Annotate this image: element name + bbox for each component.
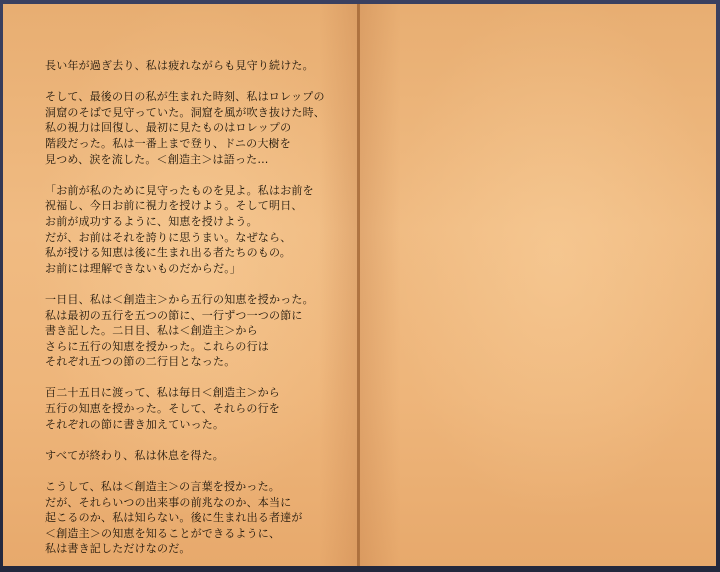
text-line: ＜創造主＞の知恵を知ることができるように、 <box>45 526 345 542</box>
open-book[interactable]: 長い年が過ぎ去り、私は疲れながらも見守り続けた。そして、最後の日の私が生まれた時… <box>3 4 716 566</box>
paragraph: 長い年が過ぎ去り、私は疲れながらも見守り続けた。 <box>45 58 345 74</box>
text-line: 一日目、私は＜創造主＞から五行の知恵を授かった。 <box>45 292 345 308</box>
text-line: 起こるのか、私は知らない。後に生まれ出る者達が <box>45 510 345 526</box>
paragraph: こうして、私は＜創造主＞の言葉を授かった。だが、それらいつの出来事の前兆なのか、… <box>45 479 345 557</box>
text-line: そして、最後の日の私が生まれた時刻、私はロレップの <box>45 89 345 105</box>
text-line: すべてが終わり、私は休息を得た。 <box>45 448 345 464</box>
paragraph: すべてが終わり、私は休息を得た。 <box>45 448 345 464</box>
text-line: 私は書き記しただけなのだ。 <box>45 541 345 557</box>
text-line: 百二十五日に渡って、私は毎日＜創造主＞から <box>45 385 345 401</box>
text-line: 長い年が過ぎ去り、私は疲れながらも見守り続けた。 <box>45 58 345 74</box>
left-page-text: 長い年が過ぎ去り、私は疲れながらも見守り続けた。そして、最後の日の私が生まれた時… <box>45 58 345 572</box>
text-line: 書き記した。二日目、私は＜創造主＞から <box>45 323 345 339</box>
text-line: 私が授ける知恵は後に生まれ出る者たちのもの。 <box>45 245 345 261</box>
text-line: こうして、私は＜創造主＞の言葉を授かった。 <box>45 479 345 495</box>
left-page[interactable]: 長い年が過ぎ去り、私は疲れながらも見守り続けた。そして、最後の日の私が生まれた時… <box>3 4 360 566</box>
text-line: だが、お前はそれを誇りに思うまい。なぜなら、 <box>45 230 345 246</box>
text-line: 祝福し、今日お前に視力を授けよう。そして明日、 <box>45 198 345 214</box>
text-line: 見つめ、涙を流した。＜創造主＞は語った… <box>45 152 345 168</box>
book-spine <box>357 4 359 566</box>
text-line: お前には理解できないものだからだ。」 <box>45 261 345 277</box>
text-line: それぞれの節に書き加えていった。 <box>45 417 345 433</box>
paragraph: 「お前が私のために見守ったものを見よ。私はお前を祝福し、今日お前に視力を授けよう… <box>45 183 345 277</box>
text-line: お前が成功するように、知恵を授けよう。 <box>45 214 345 230</box>
text-line: さらに五行の知恵を授かった。これらの行は <box>45 339 345 355</box>
text-line: 私は最初の五行を五つの節に、一行ずつ一つの節に <box>45 308 345 324</box>
text-line: だが、それらいつの出来事の前兆なのか、本当に <box>45 495 345 511</box>
text-line: 「お前が私のために見守ったものを見よ。私はお前を <box>45 183 345 199</box>
text-line: 洞窟のそばで見守っていた。洞窟を風が吹き抜けた時、 <box>45 105 345 121</box>
paragraph: 百二十五日に渡って、私は毎日＜創造主＞から五行の知恵を授かった。そして、それらの… <box>45 385 345 432</box>
paragraph: 一日目、私は＜創造主＞から五行の知恵を授かった。私は最初の五行を五つの節に、一行… <box>45 292 345 370</box>
paragraph: そして、最後の日の私が生まれた時刻、私はロレップの洞窟のそばで見守っていた。洞窟… <box>45 89 345 167</box>
text-line: 階段だった。私は一番上まで登り、ドニの大樹を <box>45 136 345 152</box>
right-page[interactable] <box>360 4 716 566</box>
text-line: それぞれ五つの節の二行目となった。 <box>45 354 345 370</box>
text-line: 私の視力は回復し、最初に見たものはロレップの <box>45 120 345 136</box>
text-line: 五行の知恵を授かった。そして、それらの行を <box>45 401 345 417</box>
